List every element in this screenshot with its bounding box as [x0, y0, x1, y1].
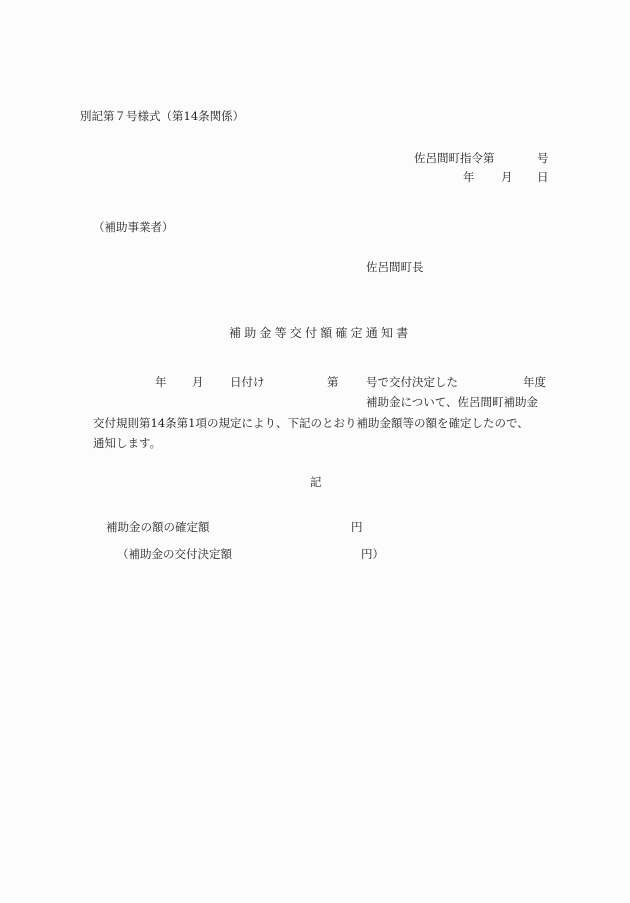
body-line-3: 交付規則第14条第1項の規定により、下記のとおり補助金額等の額を確定したので、: [93, 418, 529, 430]
body-line-4: 通知します。: [93, 438, 161, 450]
ki-heading: 記: [310, 477, 322, 489]
body-day-suffix: 日付け: [230, 377, 265, 389]
body-fiscal-year: 年度: [523, 377, 546, 389]
date-year: 年: [463, 172, 475, 184]
issuer-name: 佐呂間町長: [366, 262, 424, 274]
body-number-suffix: 号で交付決定した: [366, 377, 458, 389]
decided-amount-unit: 円）: [361, 549, 384, 561]
body-number-prefix: 第: [327, 377, 339, 389]
date-month: 月: [501, 172, 513, 184]
date-day: 日: [537, 172, 549, 184]
document-title: 補助金等交付額確定通知書: [229, 327, 411, 339]
directive-number-suffix: 号: [537, 153, 549, 165]
directive-number-prefix: 佐呂間町指令第: [414, 153, 495, 165]
body-month: 月: [192, 377, 204, 389]
decided-amount-label: （補助金の交付決定額: [117, 549, 232, 561]
body-year: 年: [155, 377, 167, 389]
confirmed-amount-label: 補助金の額の確定額: [106, 522, 210, 534]
recipient-label: （補助事業者）: [93, 222, 174, 234]
body-line-2: 補助金について、佐呂間町補助金: [366, 397, 538, 409]
form-label: 別記第７号様式（第14条関係）: [80, 111, 244, 123]
confirmed-amount-unit: 円: [351, 522, 363, 534]
